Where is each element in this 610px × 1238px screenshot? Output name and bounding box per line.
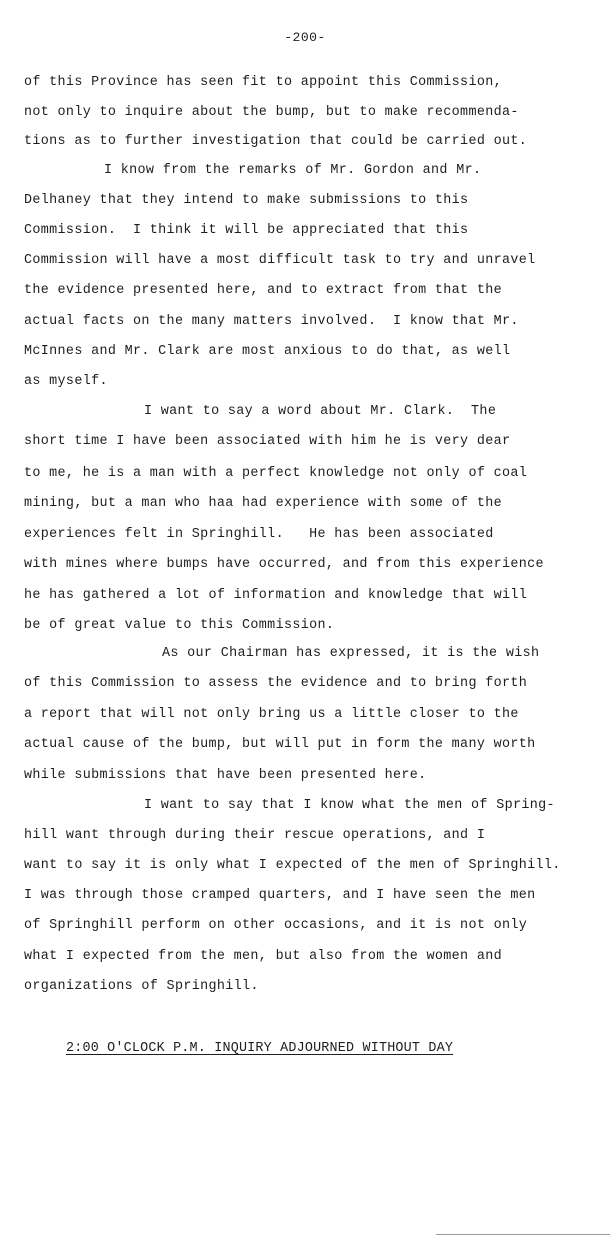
text-line: As our Chairman has expressed, it is the… — [162, 645, 539, 663]
text-line: McInnes and Mr. Clark are most anxious t… — [24, 343, 510, 361]
text-line: mining, but a man who haa had experience… — [24, 495, 502, 513]
text-line: I was through those cramped quarters, an… — [24, 887, 536, 905]
text-line: of this Province has seen fit to appoint… — [24, 74, 502, 92]
text-line: while submissions that have been present… — [24, 767, 427, 785]
document-page: -200- of this Province has seen fit to a… — [0, 0, 610, 1238]
text-line: of this Commission to assess the evidenc… — [24, 675, 527, 693]
page-number: -200- — [0, 30, 610, 45]
text-line: be of great value to this Commission. — [24, 617, 334, 635]
text-line: short time I have been associated with h… — [24, 433, 510, 451]
text-line: what I expected from the men, but also f… — [24, 948, 502, 966]
text-line: as myself. — [24, 373, 108, 391]
text-line: organizations of Springhill. — [24, 978, 259, 996]
text-line: actual cause of the bump, but will put i… — [24, 736, 536, 754]
text-line: tions as to further investigation that c… — [24, 133, 527, 151]
text-line: I want to say that I know what the men o… — [144, 797, 555, 815]
text-line: to me, he is a man with a perfect knowle… — [24, 465, 527, 483]
text-line: actual facts on the many matters involve… — [24, 313, 519, 331]
text-line: the evidence presented here, and to extr… — [24, 282, 502, 300]
text-line: not only to inquire about the bump, but … — [24, 104, 519, 122]
text-line: experiences felt in Springhill. He has b… — [24, 526, 494, 544]
text-line: he has gathered a lot of information and… — [24, 587, 527, 605]
text-line: Commission. I think it will be appreciat… — [24, 222, 468, 240]
text-line: Commission will have a most difficult ta… — [24, 252, 536, 270]
scan-artifact-line — [436, 1234, 610, 1235]
text-line: of Springhill perform on other occasions… — [24, 917, 527, 935]
text-line: I want to say a word about Mr. Clark. Th… — [144, 403, 496, 421]
text-line: want to say it is only what I expected o… — [24, 857, 561, 875]
text-line: with mines where bumps have occurred, an… — [24, 556, 544, 574]
text-line: hill want through during their rescue op… — [24, 827, 485, 845]
text-line: a report that will not only bring us a l… — [24, 706, 519, 724]
text-line: I know from the remarks of Mr. Gordon an… — [104, 162, 481, 180]
adjournment-notice: 2:00 O'CLOCK P.M. INQUIRY ADJOURNED WITH… — [66, 1040, 453, 1058]
text-line: Delhaney that they intend to make submis… — [24, 192, 468, 210]
